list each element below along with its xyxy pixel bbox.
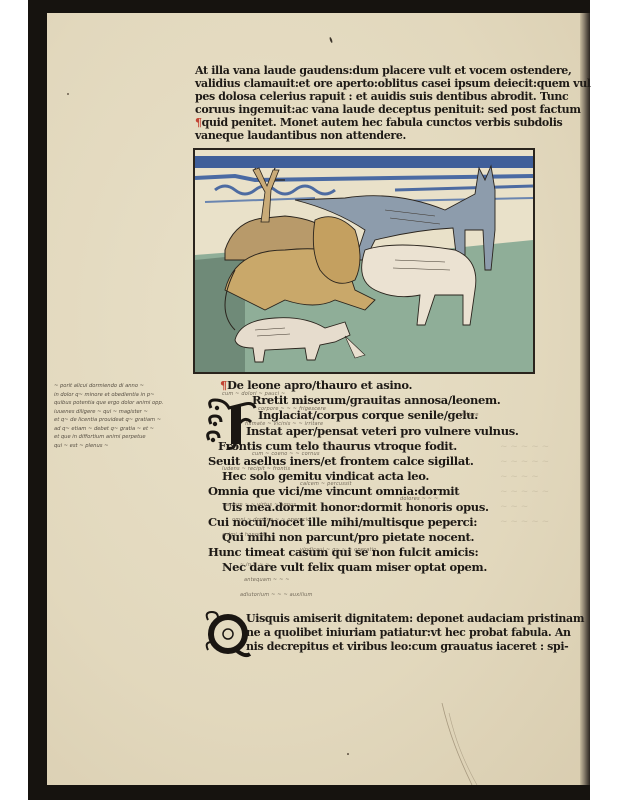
interlinear-gloss: calcem ~ percussit bbox=[300, 481, 352, 487]
annotation-line: in dolor q~ minore et obedientia in p~ bbox=[54, 391, 204, 400]
prose-line: At illa vana laude gaudens:dum placere v… bbox=[195, 64, 591, 77]
moral-line: Uisquis amiserit dignitatem: deponet aud… bbox=[222, 612, 584, 626]
interlinear-gloss: cum ~ dolori ~ pauci ~ bbox=[222, 391, 285, 397]
rubric-pilcrow-icon: ¶ bbox=[220, 378, 227, 392]
interlinear-gloss: fixmate ~ vicinis ~ ~ irritare bbox=[245, 421, 323, 427]
interlinear-gloss: vindicaui ~ q~ ~ ~ operatio bbox=[300, 547, 377, 553]
margin-annotation: ~ porit alicui dormiendo di anno ~ in do… bbox=[54, 382, 204, 450]
moral-line: nis decrepitus et viribus leo:cum grauat… bbox=[222, 640, 584, 654]
annotation-line: iuuenes diligere ~ qui ~ magister ~ bbox=[54, 408, 204, 417]
prose-line: validius clamauit:et ore aperto:oblitus … bbox=[195, 77, 591, 90]
ink-speck bbox=[67, 93, 69, 95]
interlinear-gloss: ~ in ~ ~ ~ bbox=[240, 562, 270, 568]
interlinear-gloss: ludens ~ recipit ~ frontis bbox=[222, 466, 290, 472]
ink-speck bbox=[329, 37, 333, 43]
prose-line-text: quid penitet. Monet autem hec fabula cun… bbox=[202, 116, 563, 129]
annotation-line: et q~ de licentia prouideat q~ gratiam ~ bbox=[54, 416, 204, 425]
woodcut-illustration bbox=[193, 148, 535, 374]
annotation-line: ~ porit alicui dormiendo di anno ~ bbox=[54, 382, 204, 391]
annotation-line: ad q~ etiam ~ debet q~ gratia ~ et ~ bbox=[54, 425, 204, 434]
annotation-line: et que in diffortium animi perpetue bbox=[54, 433, 204, 442]
prose-line: ¶quid penitet. Monet autem hec fabula cu… bbox=[195, 116, 591, 129]
woodcut-lion-boar-bull-ass-icon bbox=[195, 150, 533, 372]
page-crease bbox=[437, 703, 497, 785]
interlinear-gloss: adiutorium ~ ~ ~ auxilium bbox=[240, 592, 313, 598]
prose-top: At illa vana laude gaudens:dum placere v… bbox=[195, 64, 591, 142]
verse-block: ¶De leone apro/thauro et asino. Rretit m… bbox=[208, 378, 519, 575]
interlinear-gloss: animi ~ honoris bbox=[222, 532, 265, 538]
annotation-line: qui ~ est ~ plenus ~ bbox=[54, 442, 204, 451]
ink-speck bbox=[347, 753, 349, 755]
interlinear-gloss: corpore ~ ~ ~ frigescere bbox=[258, 406, 326, 412]
annotation-line: quibus potentia que ergo dolor animi opp… bbox=[54, 399, 204, 408]
prose-line: coruus ingemuit:ac vana laude deceptus p… bbox=[195, 103, 591, 116]
interlinear-gloss: dolores ~ ~ ~ bbox=[400, 496, 438, 502]
verse-line: Omnia que vici/me vincunt omnia:dormit bbox=[208, 484, 519, 499]
interlinear-gloss: paliare bbox=[460, 412, 479, 418]
interlinear-gloss: cum ~ coeno ~ ~ cornus bbox=[252, 451, 320, 457]
moral-line-text: ne a quolibet iniuriam patiatur:vt hec p… bbox=[246, 626, 571, 639]
moral-line: ne a quolibet iniuriam patiatur:vt hec p… bbox=[222, 626, 584, 640]
interlinear-gloss: actum ~ ~ virtus ~ agnus bbox=[226, 502, 296, 508]
verse-title-text: De leone apro/thauro et asino. bbox=[227, 378, 412, 392]
prose-line: pes dolosa celerius rapuit : et auidis s… bbox=[195, 90, 591, 103]
interlinear-gloss: omni ~ domina ~ ~ operacio bbox=[232, 517, 311, 523]
interlinear-gloss: antequam ~ ~ ~ bbox=[244, 577, 290, 583]
rubric-pilcrow-icon: ¶ bbox=[195, 116, 202, 129]
prose-line: vaneque laudantibus non attendere. bbox=[195, 129, 591, 142]
moral-prose: Uisquis amiserit dignitatem: deponet aud… bbox=[222, 612, 584, 654]
